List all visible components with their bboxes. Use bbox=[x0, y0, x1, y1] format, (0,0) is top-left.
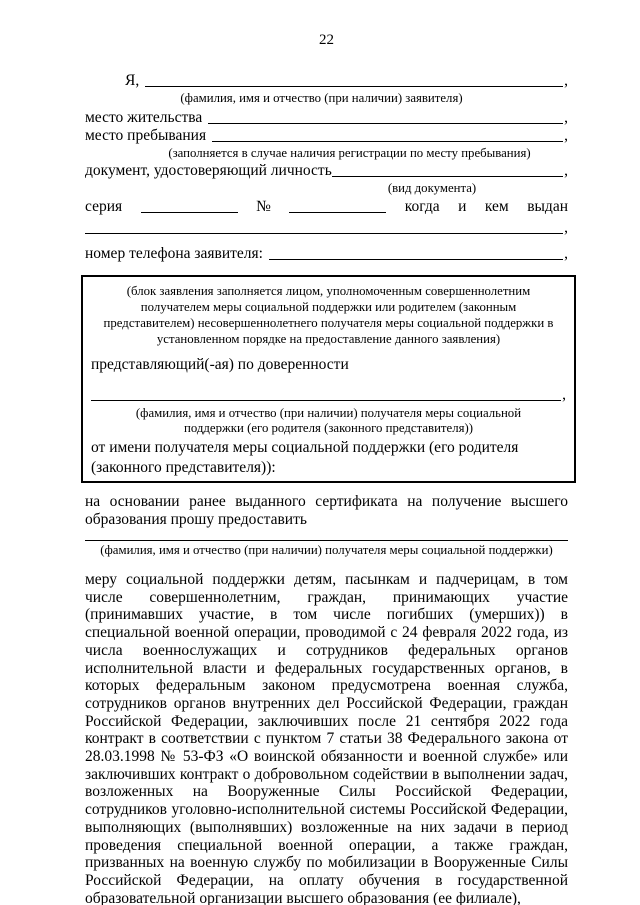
trailing-comma: , bbox=[564, 245, 568, 263]
series-issued-row: серия № когда и кем выдан bbox=[85, 198, 568, 216]
number-input-line[interactable] bbox=[289, 212, 386, 213]
proxy-box-caption: (блок заявления заполняется лицом, уполн… bbox=[91, 283, 566, 347]
trailing-comma: , bbox=[562, 386, 566, 404]
doc-type-caption: (вид документа) bbox=[312, 182, 552, 196]
issued-by-row: , bbox=[85, 219, 568, 237]
request-body-text: меру социальной поддержки детям, пасынка… bbox=[85, 571, 568, 905]
proxy-name-input-line[interactable] bbox=[91, 400, 561, 401]
stay-input-line[interactable] bbox=[212, 141, 563, 142]
trailing-comma: , bbox=[564, 72, 568, 90]
stay-caption: (заполняется в случае наличия регистраци… bbox=[131, 147, 568, 161]
proxy-statement-text: представляющий(-ая) по доверенности bbox=[91, 356, 566, 374]
stay-row: место пребывания , bbox=[85, 127, 568, 145]
proxy-name-caption: (фамилия, имя и отчество (при наличии) п… bbox=[91, 406, 566, 437]
identity-doc-label: документ, удостоверяющий личность bbox=[85, 162, 332, 180]
request-intro-text: на основании ранее выданного сертификата… bbox=[85, 493, 568, 530]
proxy-name-row: , bbox=[91, 386, 566, 404]
document-page: 22 Я, , (фамилия, имя и отчество (при на… bbox=[0, 0, 640, 905]
series-label: серия bbox=[85, 198, 122, 216]
trailing-comma: , bbox=[564, 219, 568, 237]
applicant-name-caption: (фамилия, имя и отчество (при наличии) з… bbox=[85, 92, 558, 106]
series-input-line[interactable] bbox=[141, 212, 238, 213]
issued-word-when: когда bbox=[405, 198, 440, 216]
phone-row: номер телефона заявителя: , bbox=[85, 245, 568, 263]
stay-label: место пребывания bbox=[85, 127, 206, 145]
on-behalf-text: от имени получателя меры социальной подд… bbox=[91, 438, 566, 478]
phone-input-line[interactable] bbox=[269, 259, 563, 260]
residence-row: место жительства , bbox=[85, 109, 568, 127]
identity-doc-row: документ, удостоверяющий личность , bbox=[85, 162, 568, 180]
beneficiary-name-caption: (фамилия, имя и отчество (при наличии) п… bbox=[85, 544, 568, 558]
trailing-comma: , bbox=[564, 109, 568, 127]
applicant-name-input-line[interactable] bbox=[145, 86, 563, 87]
proxy-section-box: (блок заявления заполняется лицом, уполн… bbox=[81, 275, 576, 483]
trailing-comma: , bbox=[564, 162, 568, 180]
residence-input-line[interactable] bbox=[208, 123, 563, 124]
issued-word-given: выдан bbox=[527, 198, 568, 216]
residence-label: место жительства bbox=[85, 109, 202, 127]
number-sign-label: № bbox=[256, 198, 271, 216]
issued-by-input-line[interactable] bbox=[85, 222, 563, 234]
issued-word-bywhom: кем bbox=[485, 198, 509, 216]
page-number: 22 bbox=[85, 31, 568, 49]
issued-word-and: и bbox=[458, 198, 466, 216]
phone-label: номер телефона заявителя: bbox=[85, 245, 263, 263]
applicant-name-row: Я, , bbox=[85, 72, 568, 90]
applicant-i-label: Я, bbox=[125, 72, 139, 90]
trailing-comma: , bbox=[564, 127, 568, 145]
identity-doc-input-line[interactable] bbox=[332, 176, 563, 177]
beneficiary-name-input-line[interactable] bbox=[85, 539, 568, 541]
